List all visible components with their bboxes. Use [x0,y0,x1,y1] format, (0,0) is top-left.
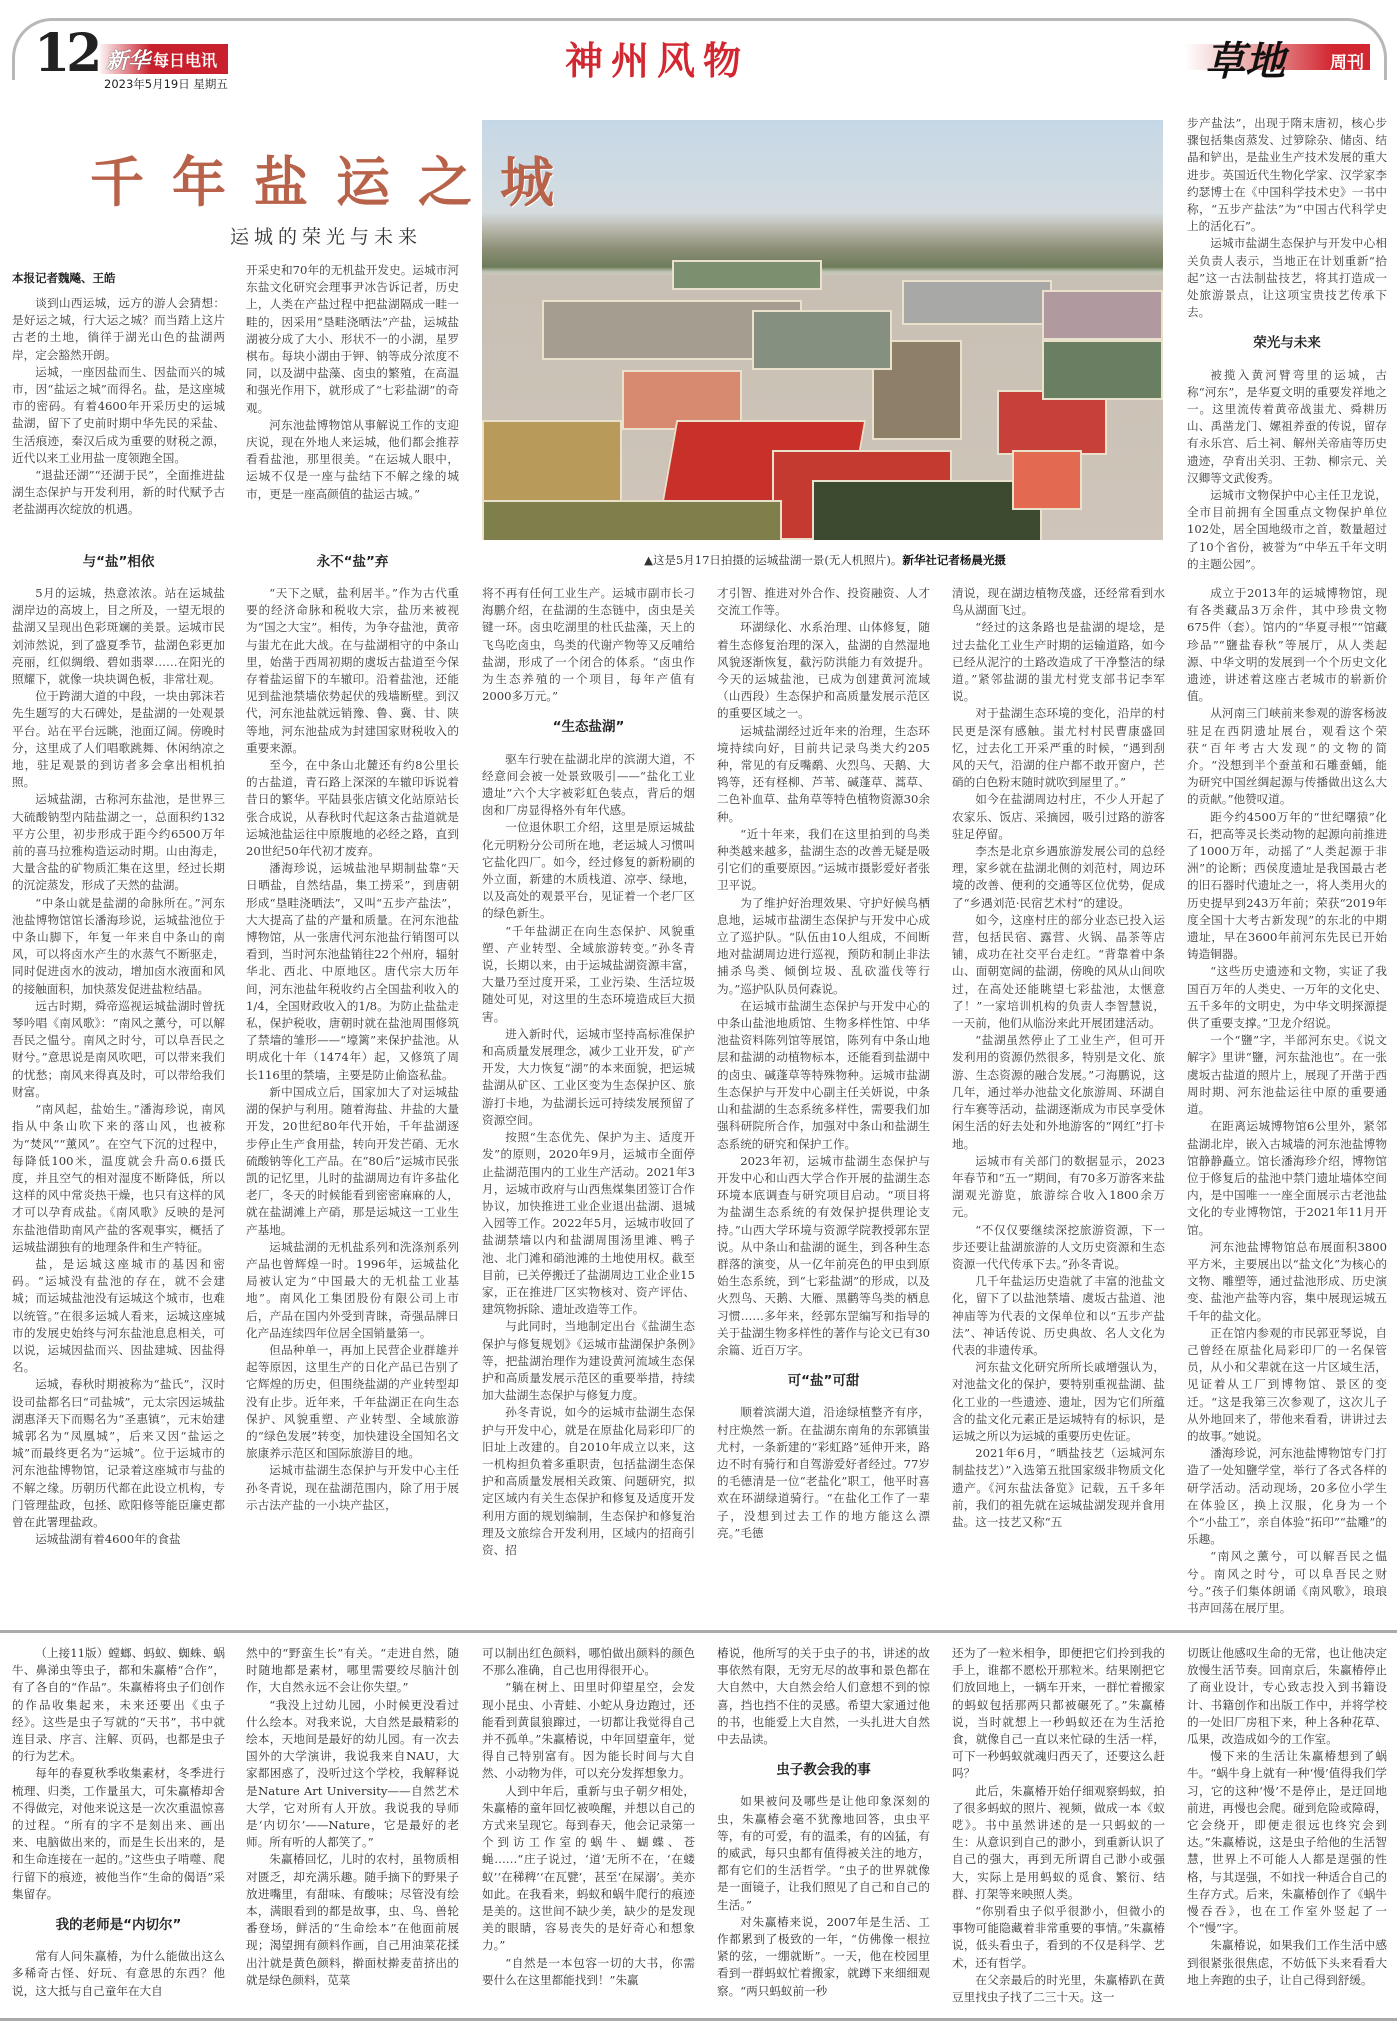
paragraph: 河东池盐博物馆总布展面积3800平方米，主要展出以“盐文化”为核心的文物、雕塑等… [1187,1239,1387,1325]
paragraph: “南风之薰兮，可以解吾民之愠兮。南风之时兮，可以阜吾民之财兮。”孩子们集体朗诵《… [1187,1548,1387,1615]
paragraph: 李杰是北京乡遇旅游发展公司的总经理，家乡就在盐湖北侧的刘范村，周边环境的改善、便… [952,843,1165,912]
paragraph: “南风起，盐始生。”潘海珍说，南风指从中条山吹下来的落山风，也被称为“焚风”“薰… [12,1101,225,1256]
paragraph: 几千年盐运历史造就了丰富的池盐文化，留下了以盐池禁墙、虞坂古盐道、池神庙等为代表… [952,1273,1165,1359]
photo-credit: 新华社记者杨晨光摄 [902,553,1006,567]
paragraph: “不仅仅要继续深挖旅游资源，下一步还要让盐湖旅游的人文历史资源和生态资源一代代传… [952,1222,1165,1274]
brand-text: 每日电讯 [153,48,217,71]
byline: 本报记者魏飚、王皓 [12,270,116,286]
paragraph: 运城市盐湖生态保护与开发中心相关负责人表示，当地正在计划重新“拾起”这一古法制盐… [1187,235,1387,321]
paragraph: 常有人问朱赢椿，为什么能做出这么多稀奇古怪、好玩、有意思的东西？他说，这大抵与自… [12,1948,225,2000]
paragraph: 从河南三门峡前来参观的游客杨波驻足在西阴遗址展台，观看这个荣获“百年考古大发现”… [1187,705,1387,808]
paragraph: 运城盐湖经过近年来的治理，生态环境持续向好，目前共记录鸟类大约205种，常见的有… [717,723,930,826]
salt-lake-aerial-photo [482,120,1163,540]
paragraph: 距今约4500万年的“世纪曙猿”化石，把高等灵长类动物的起源向前推进了1000万… [1187,809,1387,964]
body-column-5: 清说，现在湖边植物茂盛，还经常看到水鸟从湖面飞过。 “经过的这条路也是盐湖的堤埝… [952,585,1165,1615]
weekly-label: 周刊 [1330,48,1364,73]
story2-column-4: 椿说，他所写的关于虫子的书，讲述的故事依然有限，无穷无尽的故事和景色都在大自然中… [717,1645,930,2015]
paragraph: 对于盐湖生态环境的变化，沿岸的村民更是深有感触。蚩尤村村民曹康盛回忆，过去化工开… [952,705,1165,791]
paragraph: 此后，朱赢椿开始仔细观察蚂蚁，拍了很多蚂蚁的照片、视频，做成一本《蚁呓》。书中虽… [952,1783,1165,1903]
page-number: 12 [34,28,98,80]
paragraph: 然中的“野蛮生长”有关。“走进自然，随时随地都是素材，哪里需要绞尽脑汁创作，大自… [246,1645,459,1697]
paragraph: 如今在盐湖周边村庄，不少人开起了农家乐、饭店、采摘园，吸引过路的游客驻足停留。 [952,791,1165,843]
weekly-script: 草地 [1205,30,1285,87]
paragraph: 一个“鹽”字，半部河东史。《说文解字》里讲“鹽，河东盐池也”。在一张虞坂古盐道的… [1187,1032,1387,1118]
paragraph: 与此同时，当地制定出台《盐湖生态保护与修复规划》《运城市盐湖保护条例》等，把盐湖… [482,1318,695,1404]
paragraph: 将不再有任何工业生产。运城市副市长刁海鹏介绍，在盐湖的生态链中，卤虫是关键一环。… [482,585,695,705]
paragraph: 椿说，他所写的关于虫子的书，讲述的故事依然有限，无穷无尽的故事和景色都在大自然中… [717,1645,930,1748]
paragraph: 在距离运城博物馆6公里外，紧邻盐湖北岸，嵌入古城墙的河东池盐博物馆静静矗立。馆长… [1187,1118,1387,1238]
paragraph: “千年盐湖正在向生态保护、风貌重塑、产业转型、全域旅游转变。”孙冬青说，长期以来… [482,923,695,1026]
paragraph: 运城盐湖的无机盐系列和洗涤剂系列产品也曾辉煌一时。1996年，运城盐化局被认定为… [246,1239,459,1342]
paragraph: 朱赢椿说，如果我们工作生活中感到很紧张很焦虑，不妨低下头来看看大地上奔跑的虫子，… [1187,1937,1387,1989]
paragraph: 谈到山西运城，远方的游人会猜想：是好运之城，行大运之城？而当踏上这片古老的土地，… [12,295,225,364]
paragraph: 按照“生态优先、保护为主、适度开发”的原则，2020年9月，运城市全面停止盐湖范… [482,1129,695,1318]
paragraph: 运城，一座因盐而生、因盐而兴的城市，因“盐运之城”而得名。盐，是这座城市的密码。… [12,364,225,467]
paragraph: 在运城市盐湖生态保护与开发中心的中条山盐池地质馆、生物多样性馆、中华池盐资料陈列… [717,998,930,1153]
paragraph: “天下之赋，盐利居半。”作为古代重要的经济命脉和税收大宗，盐历来被视为“国之大宝… [246,585,459,757]
paragraph: 潘海珍说，运城盐池早期制盐靠“天日晒盐，自然结晶，集工捞采”，到唐朝形成“垦畦浇… [246,860,459,1084]
section-title: 神州风物 [565,30,749,85]
photo-pond [752,310,892,370]
paragraph: 盐，是运城这座城市的基因和密码。“运城没有盐池的存在，就不会建城；而运城盐池没有… [12,1256,225,1376]
issue-date: 2023年5月19日 星期五 [104,76,228,92]
paragraph: “你别看虫子似乎很渺小，但微小的事物可能隐藏着非常重要的事情。”朱赢椿说，低头看… [952,1903,1165,1972]
paragraph: 切既让他感叹生命的无常，也让他决定放慢生活节奏。回南京后，朱赢椿停止了商业设计，… [1187,1645,1387,1748]
photo-pond [482,500,782,540]
body-column-2: “天下之赋，盐利居半。”作为古代重要的经济命脉和税收大宗，盐历来被视为“国之大宝… [246,585,459,1615]
paragraph: 河东盐文化研究所所长戚增强认为，对池盐文化的保护，要特别重视盐湖、盐化工业的一些… [952,1359,1165,1445]
paragraph: “我没上过幼儿园，小时候更没看过什么绘本。对我来说，大自然是最精彩的绘本，天地间… [246,1697,459,1852]
section-heading-4: 可“盐”可甜 [717,1373,930,1390]
photo-pond [1042,340,1163,400]
paragraph: 可以制出红色颜料，哪怕做出颜料的颜色不那么准确，自己也用得很开心。 [482,1645,695,1679]
caption-text: ▲这是5月17日拍摄的运城盐湖一景(无人机照片)。 [644,553,902,567]
photo-caption: ▲这是5月17日拍摄的运城盐湖一景(无人机照片)。新华社记者杨晨光摄 [480,552,1170,568]
paragraph: 新中国成立后，国家加大了对运城盐湖的保护与利用。随着海盐、井盐的大量开发，20世… [246,1084,459,1239]
paragraph: “近十年来，我们在这里拍到的鸟类种类越来越多，盐湖生态的改善无疑是吸引它们的重要… [717,826,930,895]
right-column-top: 步产盐法”，出现于隋末唐初，核心步骤包括集卤蒸发、过箩除杂、储卤、结晶和铲出，是… [1187,115,1387,580]
story2-column-5: 还为了一粒米相争，即便把它们拎到我的手上，谁都不愿松开那粒米。结果刚把它们放回地… [952,1645,1165,2015]
section-heading-glory: 荣光与未来 [1187,335,1387,352]
paragraph: 顺着滨湖大道，沿途绿植整齐有序，村庄焕然一新。在盐湖东南角的东郭镇蚩尤村，一条新… [717,1404,930,1542]
subheadline: 运城的荣光与未来 [230,222,422,249]
photo-pond [812,480,1042,540]
paragraph: 位于跨湖大道的中段，一块由郭沫若先生题写的大石碑处，是盐湖的一处观景平台。站在平… [12,688,225,791]
story2-heading-teacher: 我的老师是“内切尔” [12,1917,225,1934]
paragraph: “自然是一本包容一切的大书，你需要什么在这里都能找到！”朱赢 [482,1955,695,1989]
paragraph: “中条山就是盐湖的命脉所在。”河东池盐博物馆馆长潘海珍说，运城盐池位于中条山脚下… [12,895,225,998]
paragraph: 运城，春秋时期被称为“盐氏”，汉时设司盐都名曰“司盐城”，元太宗因运城盐湖惠泽天… [12,1376,225,1531]
paragraph: 一位退休职工介绍，这里是原运城盐化元明粉分公司所在地，老运城人习惯叫它盐化四厂。… [482,819,695,922]
paragraph: 清说，现在湖边植物茂盛，还经常看到水鸟从湖面飞过。 [952,585,1165,619]
paragraph: 才引智、推进对外合作、投资融资、人才交流工作等。 [717,585,930,619]
paragraph: 人到中年后，重新与虫子朝夕相处，朱赢椿的童年回忆被唤醒，并想以自己的方式来呈现它… [482,1783,695,1955]
body-column-3: 将不再有任何工业生产。运城市副市长刁海鹏介绍，在盐湖的生态链中，卤虫是关键一环。… [482,585,695,1615]
paragraph: 开采史和70年的无机盐开发史。运城市河东盐文化研究会理事尹冰告诉记者，历史上，人… [246,262,459,417]
section-heading-3: “生态盐湖” [482,719,695,736]
paragraph: 环湖绿化、水系治理、山体修复，随着生态修复治理的深入，盐湖的自然湿地风貌逐渐恢复… [717,619,930,722]
paragraph: 运城市有关部门的数据显示，2023年春节和“五一”期间，有70多万游客来盐湖观光… [952,1153,1165,1222]
story-divider [0,1630,1397,1633]
story2-column-1: （上接11版）螳螂、蚂蚁、蜘蛛、蜗牛、鼻涕虫等虫子，都和朱赢椿“合作”，有了各自… [12,1645,225,2015]
photo-pond [902,280,1052,325]
photo-pond [1042,290,1163,340]
paragraph: 朱赢椿回忆，儿时的农村，虽物质相对匮乏，却充满乐趣。随手摘下的野果子放进嘴里，有… [246,1851,459,1989]
paragraph: “躺在树上、田里时仰望星空，会发现小昆虫、小青蛙、小蛇从身边跑过，还能看到黄鼠狼… [482,1679,695,1782]
paragraph: 5月的运城，热意浓浓。站在运城盐湖岸边的高坡上，目之所及，一望无垠的盐湖又呈现出… [12,585,225,688]
paragraph: 运城市文物保护中心主任卫龙说，全市目前拥有全国重点文物保护单位102处，居全国地… [1187,487,1387,573]
story2-heading-insects: 虫子教会我的事 [717,1762,930,1779]
paragraph: 慢下来的生活让朱赢椿想到了蜗牛。“蜗牛身上就有一种‘慢’值得我们学习，它的这种‘… [1187,1748,1387,1937]
paragraph: “盐湖虽然停止了工业生产，但可开发利用的资源仍然很多，特别是文化、旅游、生态资源… [952,1032,1165,1152]
paragraph: 如果被问及哪些是让他印象深刻的虫，朱赢椿会毫不犹豫地回答，虫虫平等，有的可爱，有… [717,1793,930,1913]
paragraph: 至今，在中条山北麓还有约8公里长的古盐道，青石路上深深的车辙印诉说着昔日的繁华。… [246,757,459,860]
body-column-4: 才引智、推进对外合作、投资融资、人才交流工作等。 环湖绿化、水系治理、山体修复，… [717,585,930,1615]
paragraph: 运城盐湖有着4600年的食盐 [12,1531,225,1548]
section-heading-1: 与“盐”相依 [12,554,225,571]
paragraph: 每年的春夏秋季收集素材，冬季进行梳理、归类，工作量虽大，可朱赢椿却舍不得做完，对… [12,1765,225,1903]
paragraph: 如今，这座村庄的部分业态已投入运营，包括民宿、露营、火锅、晶茶等店铺，成功在社交… [952,912,1165,1032]
paragraph: 被揽入黄河臂弯里的运城，古称“河东”，是华夏文明的重要发祥地之一。这里流传着黄帝… [1187,367,1387,487]
paragraph: 2023年初，运城市盐湖生态保护与开发中心和山西大学合作开展的盐湖生态环境本底调… [717,1153,930,1359]
paragraph: 进入新时代，运城市坚持高标准保护和高质量发展理念，减少工业开发，矿产开发，大力恢… [482,1026,695,1129]
paragraph: 但品种单一，再加上民营企业群雄并起等原因，这里生产的日化产品已告别了它辉煌的历史… [246,1342,459,1462]
paragraph: “经过的这条路也是盐湖的堤埝，是过去盐化工业生产时期的运输道路，如今已经从泥泞的… [952,619,1165,705]
weekly-logo: 草地 周刊 [1185,38,1370,76]
story2-column-2: 然中的“野蛮生长”有关。“走进自然，随时随地都是素材，哪里需要绞尽脑汁创作，大自… [246,1645,459,2015]
paragraph: 为了维护好治理效果、守护好候鸟栖息地，运城市盐湖生态保护与开发中心成立了巡护队。… [717,895,930,998]
photo-pond [1012,450,1082,510]
body-column-1: 5月的运城，热意浓浓。站在运城盐湖岸边的高坡上，目之所及，一望无垠的盐湖又呈现出… [12,585,225,1615]
intro-column-1: 谈到山西运城，远方的游人会猜想：是好运之城，行大运之城？而当踏上这片古老的土地，… [12,295,225,535]
newspaper-brand: 新华 每日电讯 [100,44,228,74]
paragraph: 还为了一粒米相争，即便把它们拎到我的手上，谁都不愿松开那粒米。结果刚把它们放回地… [952,1645,1165,1783]
paragraph: “退盐还湖”“还湖于民”，全面推进盐湖生态保护与开发利用，新的时代赋予古老盐湖再… [12,467,225,519]
paragraph: 正在馆内参观的市民郭亚琴说，自己曾经在原盐化局彩印厂的一名保管员，从小和父辈就在… [1187,1325,1387,1445]
photo-pond [672,260,822,290]
section-heading-2: 永不“盐”弃 [246,554,459,571]
paragraph: 成立于2013年的运城博物馆，现有各类藏品3万余件，其中珍贵文物675件（套）。… [1187,585,1387,705]
paragraph: 孙冬青说，如今的运城市盐湖生态保护与开发中心，就是在原盐化局彩印厂的旧址上改建的… [482,1404,695,1559]
intro-column-2: 开采史和70年的无机盐开发史。运城市河东盐文化研究会理事尹冰告诉记者，历史上，人… [246,262,459,532]
paragraph: 在父亲最后的时光里，朱赢椿趴在黄豆里找虫子找了二三十天。这一 [952,1972,1165,2006]
paragraph: 运城市盐湖生态保护与开发中心主任孙冬青说，现在盐湖范围内，除了用于展示古法产盐的… [246,1462,459,1514]
paragraph: 运城盐湖，古称河东盐池，是世界三大硫酸钠型内陆盐湖之一，总面积约132平方公里，… [12,791,225,894]
paragraph: 步产盐法”，出现于隋末唐初，核心步骤包括集卤蒸发、过箩除杂、储卤、结晶和铲出，是… [1187,115,1387,235]
paragraph: 对朱赢椿来说，2007年是生活、工作都累到了极致的一年，“仿佛像一根拉紧的弦，一… [717,1914,930,2000]
paragraph: （上接11版）螳螂、蚂蚁、蜘蛛、蜗牛、鼻涕虫等虫子，都和朱赢椿“合作”，有了各自… [12,1645,225,1765]
paragraph: “这些历史遗迹和文物，实证了我国百万年的人类史、一万年的文化史、五千多年的文明史… [1187,963,1387,1032]
story2-column-6: 切既让他感叹生命的无常，也让他决定放慢生活节奏。回南京后，朱赢椿停止了商业设计，… [1187,1645,1387,2015]
paragraph: 河东池盐博物馆从事解说工作的支迎庆说，现在外地人来运城，他们都会推荐看看盐池，那… [246,417,459,503]
story2-column-3: 可以制出红色颜料，哪怕做出颜料的颜色不那么准确，自己也用得很开心。 “躺在树上、… [482,1645,695,2015]
body-column-6: 成立于2013年的运城博物馆，现有各类藏品3万余件，其中珍贵文物675件（套）。… [1187,585,1387,1615]
brand-script: 新华 [106,44,150,75]
headline: 千年盐运之城 [90,140,582,217]
paragraph: 驱车行驶在盐湖北岸的滨湖大道，不经意间会被一处景致吸引——“盐化工业遗址”六个大… [482,751,695,820]
paragraph: 远古时期，舜帝巡视运城盐湖时曾抚琴吟唱《南风歌》：“南风之薰兮，可以解吾民之愠兮… [12,998,225,1101]
paragraph: 2021年6月，“晒盐技艺（运城河东制盐技艺）”入选第五批国家级非物质文化遗产。… [952,1445,1165,1531]
paragraph: 潘海珍说，河东池盐博物馆专门打造了一处知鹽学堂，举行了各式各样的研学活动。活动现… [1187,1445,1387,1548]
